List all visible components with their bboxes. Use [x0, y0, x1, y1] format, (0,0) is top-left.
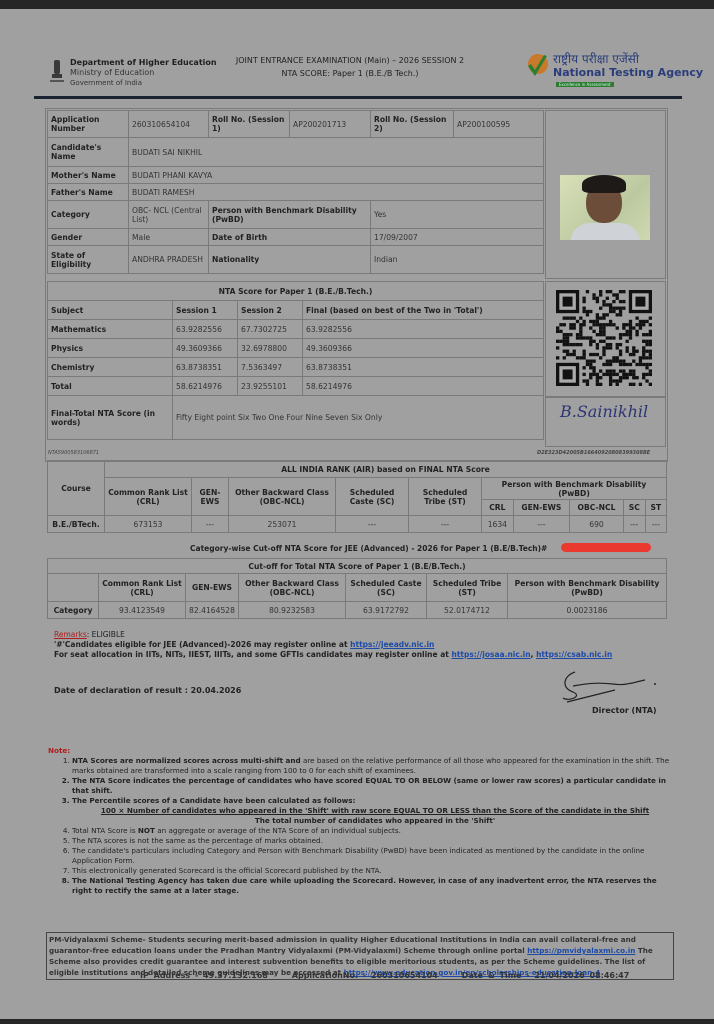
- name-label: Candidate's Name: [48, 138, 129, 167]
- note-6: The candidate's particulars including Ca…: [72, 846, 678, 866]
- director-signature-icon: [555, 666, 665, 706]
- table-row: Mathematics 63.9282556 67.7302725 63.928…: [48, 320, 544, 339]
- subject-name: Mathematics: [48, 320, 173, 339]
- jeeadv-link[interactable]: https://jeeadv.nic.in: [350, 640, 434, 649]
- cutoff-table: Cut-off for Total NTA Score of Paper 1 (…: [47, 558, 667, 619]
- rank-title: ALL INDIA RANK (AIR) based on FINAL NTA …: [105, 461, 667, 478]
- footer-application-no: ApplicationNo. - 260310654104: [292, 971, 438, 980]
- pwbd-rank-st: ---: [645, 516, 666, 533]
- cutoff-header-obc: Other Backward Class (OBC-NCL): [239, 574, 346, 602]
- rank-st: ---: [409, 516, 482, 533]
- rank-crl: 673153: [105, 516, 192, 533]
- cutoff-header-ews: GEN-EWS: [186, 574, 239, 602]
- rank-sc: ---: [336, 516, 409, 533]
- father-label: Father's Name: [48, 184, 129, 201]
- session2-score: 67.7302725: [238, 320, 303, 339]
- national-emblem-icon: [50, 58, 64, 84]
- roll1-label: Roll No. (Session 1): [209, 111, 290, 138]
- notes-title: Note:: [48, 746, 678, 756]
- final-score: 63.9282556: [303, 320, 544, 339]
- nta-logo-icon: [526, 52, 548, 80]
- agency-name-hindi: राष्ट्रीय परीक्षा एजेंसी: [553, 50, 639, 67]
- note-4: Total NTA Score is NOT an aggregate or a…: [72, 826, 678, 836]
- score-header-final: Final (based on best of the Two in 'Tota…: [303, 301, 544, 320]
- remarks-label: Remarks: [54, 630, 87, 639]
- cutoff-pwbd: 0.0023186: [508, 602, 667, 619]
- note-5: The NTA scores is not the same as the pe…: [72, 836, 678, 846]
- remarks-value: : ELIGIBLE: [87, 630, 125, 639]
- table-row: Total 58.6214976 23.9255101 58.6214976: [48, 377, 544, 396]
- note-1-bold: NTA Scores are normalized scores across …: [72, 756, 301, 765]
- formula-denominator: The total number of candidates who appea…: [72, 816, 678, 826]
- footer-ip: IP Address - 49.37.132.168: [140, 971, 268, 980]
- final-score: 49.3609366: [303, 339, 544, 358]
- pwbd-sub-crl: CRL: [482, 500, 514, 516]
- cutoff-caption: Category-wise Cut-off NTA Score for JEE …: [190, 544, 547, 553]
- top-bar: [0, 0, 714, 9]
- mother-label: Mother's Name: [48, 167, 129, 184]
- session1-score: 63.8738351: [173, 358, 238, 377]
- agency-name: National Testing Agency: [553, 66, 703, 79]
- qr-code-icon: [556, 290, 652, 386]
- mother-name: BUDATI PHANI KAVYA: [129, 167, 544, 184]
- remarks-block: Remarks: ELIGIBLE '#'Candidates eligible…: [54, 630, 612, 660]
- remarks-line2: For seat allocation in IITs, NITs, IIEST…: [54, 650, 451, 659]
- dept-line1: Department of Higher Education: [70, 58, 217, 68]
- note-4-c: an aggregate or average of the NTA Score…: [155, 826, 401, 835]
- subject-name: Total: [48, 377, 173, 396]
- cutoff-header-sc: Scheduled Caste (SC): [346, 574, 427, 602]
- rank-header-sc: Scheduled Caste (SC): [336, 478, 409, 516]
- table-row: Chemistry 63.8738351 7.5363497 63.873835…: [48, 358, 544, 377]
- application-number: 260310654104: [129, 111, 209, 138]
- score-title: NTA Score for Paper 1 (B.E./B.Tech.): [48, 282, 544, 301]
- dept-line2: Ministry of Education: [70, 68, 217, 78]
- candidate-name: BUDATI SAI NIKHIL: [129, 138, 544, 167]
- pwbd-rank-crl: 1634: [482, 516, 514, 533]
- dob-value: 17/09/2007: [371, 229, 544, 246]
- cutoff-sc: 63.9172792: [346, 602, 427, 619]
- candidate-photo: [560, 175, 650, 240]
- note-4-a: Total NTA Score is: [72, 826, 138, 835]
- cutoff-st: 52.0174712: [427, 602, 508, 619]
- table-row: Category 93.4123549 82.4164528 80.923258…: [48, 602, 667, 619]
- note-1: NTA Scores are normalized scores across …: [72, 756, 678, 776]
- formula-numerator: 100 × Number of candidates who appeared …: [72, 806, 678, 816]
- cutoff-header-pwbd: Person with Benchmark Disability (PwBD): [508, 574, 667, 602]
- scorecard-header: Department of Higher Education Ministry …: [0, 44, 714, 100]
- cutoff-crl: 93.4123549: [99, 602, 186, 619]
- cutoff-row-label: Category: [48, 602, 99, 619]
- pwbd-rank-obc: 690: [570, 516, 624, 533]
- dept-line3: Government of India: [70, 78, 217, 88]
- footer-info: IP Address - 49.37.132.168 ApplicationNo…: [140, 971, 629, 980]
- cutoff-obc: 80.9232583: [239, 602, 346, 619]
- pwbd-sub-obc: OBC-NCL: [570, 500, 624, 516]
- notes-section: Note: NTA Scores are normalized scores a…: [48, 746, 678, 896]
- nationality-value: Indian: [371, 246, 544, 274]
- father-name: BUDATI RAMESH: [129, 184, 544, 201]
- redaction-mark: [561, 543, 651, 552]
- rank-ews: ---: [192, 516, 229, 533]
- note-7: This electronically generated Scorecard …: [72, 866, 678, 876]
- score-words-label: Final-Total NTA Score (in words): [48, 396, 173, 440]
- table-row: Physics 49.3609366 32.6978800 49.3609366: [48, 339, 544, 358]
- score-header-session2: Session 2: [238, 301, 303, 320]
- percentile-formula: 100 × Number of candidates who appeared …: [72, 806, 678, 826]
- candidate-details-table: Application Number 260310654104 Roll No.…: [47, 110, 544, 274]
- table-row: B.E./BTech. 673153 --- 253071 --- --- 16…: [48, 516, 667, 533]
- score-header-subject: Subject: [48, 301, 173, 320]
- state-value: ANDHRA PRADESH: [129, 246, 209, 274]
- cutoff-title: Cut-off for Total NTA Score of Paper 1 (…: [48, 559, 667, 574]
- nationality-label: Nationality: [209, 246, 371, 274]
- course-header: Course: [48, 461, 105, 516]
- course-name: B.E./BTech.: [48, 516, 105, 533]
- remarks-line1: '#'Candidates eligible for JEE (Advanced…: [54, 640, 350, 649]
- cutoff-ews: 82.4164528: [186, 602, 239, 619]
- dob-label: Date of Birth: [209, 229, 371, 246]
- bottom-bar: [0, 1019, 714, 1024]
- josaa-link[interactable]: https://josaa.nic.in: [451, 650, 530, 659]
- pwbd-label: Person with Benchmark Disability (PwBD): [209, 201, 371, 229]
- department-block: Department of Higher Education Ministry …: [70, 58, 217, 88]
- candidate-signature: B.Sainikhil: [560, 402, 648, 421]
- exam-title-line1: JOINT ENTRANCE EXAMINATION (Main) – 2026…: [200, 54, 500, 67]
- rank-table: Course ALL INDIA RANK (AIR) based on FIN…: [47, 460, 667, 533]
- pwbd-sub-ews: GEN-EWS: [513, 500, 569, 516]
- exam-title-line2: NTA SCORE: Paper 1 (B.E./B Tech.): [200, 67, 500, 80]
- pwbd-rank-ews: ---: [513, 516, 569, 533]
- rank-header-pwbd: Person with Benchmark Disability (PwBD): [482, 478, 667, 500]
- cutoff-header-empty: [48, 574, 99, 602]
- pmvidyalaxmi-link[interactable]: https://pmvidyalaxmi.co.in: [527, 946, 635, 955]
- cutoff-header-crl: Common Rank List (CRL): [99, 574, 186, 602]
- session2-score: 23.9255101: [238, 377, 303, 396]
- roll1-value: AP200201713: [290, 111, 371, 138]
- note-4-b: NOT: [138, 826, 155, 835]
- note-2: The NTA Score indicates the percentage o…: [72, 776, 678, 796]
- pwbd-rank-sc: ---: [623, 516, 645, 533]
- csab-link[interactable]: https://csab.nic.in: [536, 650, 612, 659]
- category-value: OBC- NCL (Central List): [129, 201, 209, 229]
- rank-obc: 253071: [229, 516, 336, 533]
- gender-label: Gender: [48, 229, 129, 246]
- left-code: NTA5900583106871: [48, 450, 99, 456]
- agency-tagline: Excellence in Assessment: [556, 82, 614, 87]
- score-header-session1: Session 1: [173, 301, 238, 320]
- subject-name: Physics: [48, 339, 173, 358]
- session1-score: 63.9282556: [173, 320, 238, 339]
- state-label: State of Eligibility: [48, 246, 129, 274]
- session2-score: 32.6978800: [238, 339, 303, 358]
- final-score: 58.6214976: [303, 377, 544, 396]
- rank-header-obc: Other Backward Class (OBC-NCL): [229, 478, 336, 516]
- final-score: 63.8738351: [303, 358, 544, 377]
- gender-value: Male: [129, 229, 209, 246]
- roll2-label: Roll No. (Session 2): [371, 111, 454, 138]
- right-code: D2E323D42005B16640920808399308BE: [537, 450, 650, 456]
- declaration-date: Date of declaration of result : 20.04.20…: [54, 686, 241, 695]
- footer-datetime: Date & Time - 21/04/2026 08:46:47: [462, 971, 630, 980]
- session1-score: 49.3609366: [173, 339, 238, 358]
- note-8: The National Testing Agency has taken du…: [72, 876, 678, 896]
- rank-header-ews: GEN-EWS: [192, 478, 229, 516]
- rank-header-st: Scheduled Tribe (ST): [409, 478, 482, 516]
- session1-score: 58.6214976: [173, 377, 238, 396]
- category-label: Category: [48, 201, 129, 229]
- director-label: Director (NTA): [592, 706, 657, 715]
- rank-header-crl: Common Rank List (CRL): [105, 478, 192, 516]
- score-table: NTA Score for Paper 1 (B.E./B.Tech.) Sub…: [47, 281, 544, 440]
- subject-name: Chemistry: [48, 358, 173, 377]
- note-3-text: The Percentile scores of a Candidate hav…: [72, 796, 355, 805]
- session2-score: 7.5363497: [238, 358, 303, 377]
- score-words: Fifty Eight point Six Two One Four Nine …: [173, 396, 544, 440]
- roll2-value: AP200100595: [454, 111, 544, 138]
- application-number-label: Application Number: [48, 111, 129, 138]
- pwbd-sub-sc: SC: [623, 500, 645, 516]
- pwbd-sub-st: ST: [645, 500, 666, 516]
- exam-title: JOINT ENTRANCE EXAMINATION (Main) – 2026…: [200, 54, 500, 80]
- cutoff-header-st: Scheduled Tribe (ST): [427, 574, 508, 602]
- pwbd-value: Yes: [371, 201, 544, 229]
- header-divider: [34, 96, 682, 99]
- note-3: The Percentile scores of a Candidate hav…: [72, 796, 678, 826]
